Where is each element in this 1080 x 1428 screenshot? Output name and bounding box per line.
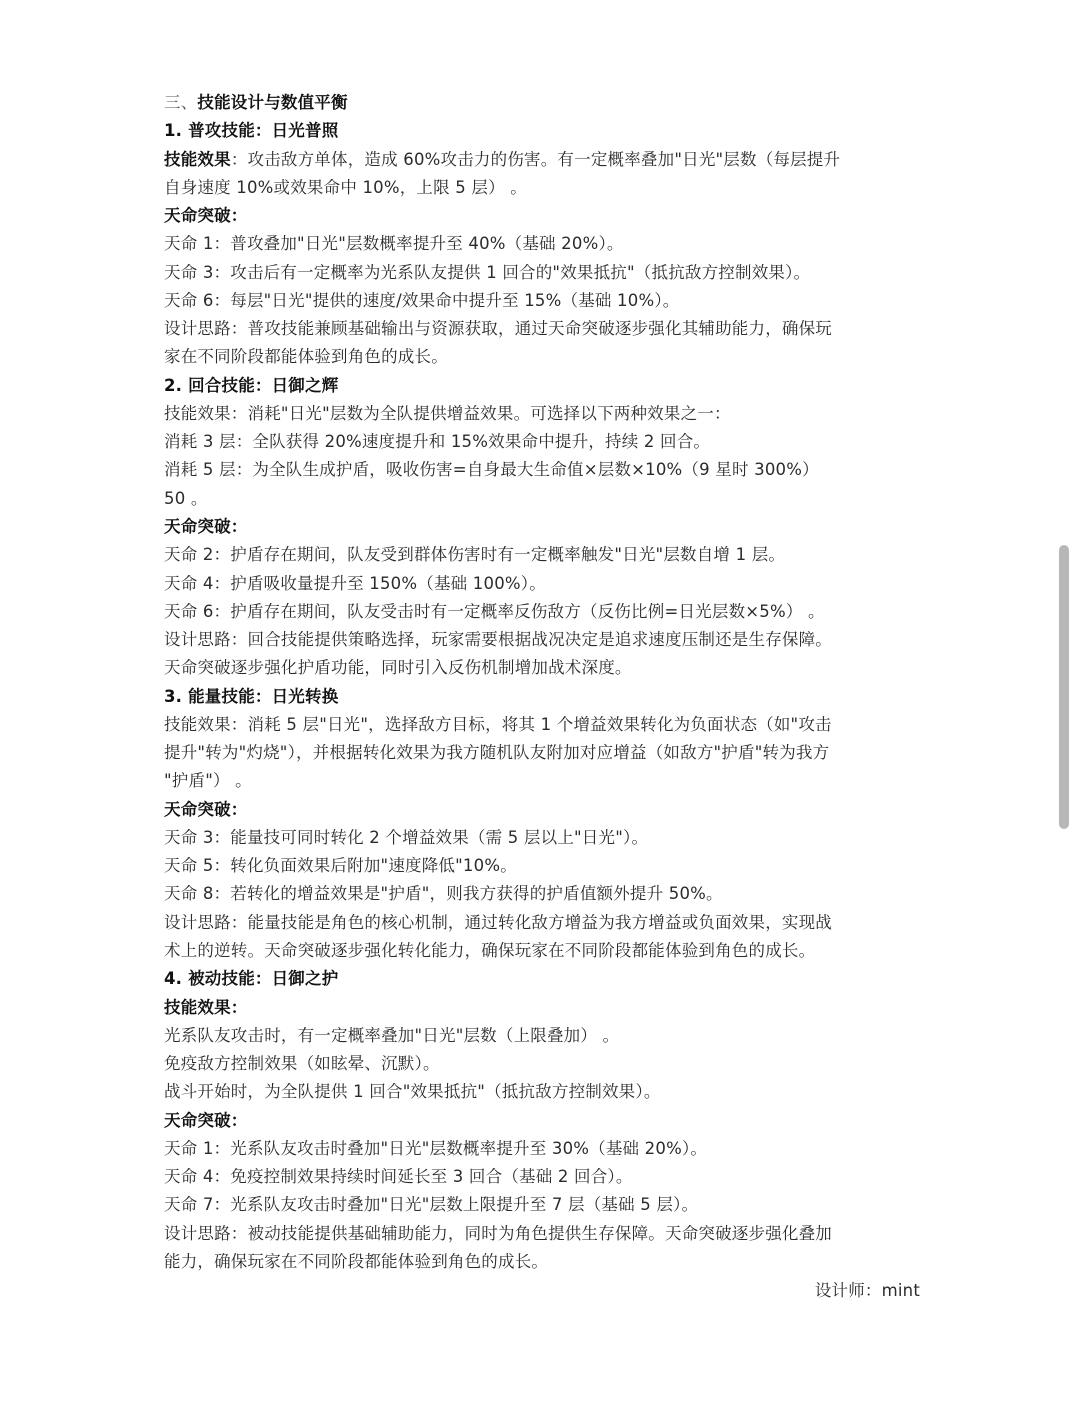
breakthrough-item: 天命 4：免疫控制效果持续时间延长至 3 回合（基础 2 回合）。 — [164, 1163, 920, 1191]
breakthrough-label: 天命突破： — [164, 1107, 920, 1135]
breakthrough-item: 天命 1：普攻叠加"日光"层数概率提升至 40%（基础 20%）。 — [164, 230, 920, 258]
designer-signature: 设计师：mint — [164, 1277, 920, 1305]
skill-heading: 3. 能量技能：日光转换 — [164, 683, 920, 711]
effect-label: 技能效果 — [164, 150, 231, 169]
section-title-text: 技能设计与数值平衡 — [197, 93, 347, 112]
document-page: 三、技能设计与数值平衡 1. 普攻技能：日光普照 技能效果：攻击敌方单体，造成 … — [164, 89, 920, 1305]
breakthrough-item: 天命 5：转化负面效果后附加"速度降低"10%。 — [164, 852, 920, 880]
design-note: 能力，确保玩家在不同阶段都能体验到角色的成长。 — [164, 1248, 920, 1276]
skill-2: 2. 回合技能：日御之辉 技能效果：消耗"日光"层数为全队提供增益效果。可选择以… — [164, 372, 920, 683]
skill-effect-line: 技能效果：消耗 5 层"日光"，选择敌方目标，将其 1 个增益效果转化为负面状态… — [164, 711, 920, 739]
skill-effect-line: "护盾"） 。 — [164, 767, 920, 795]
breakthrough-item: 天命 3：能量技可同时转化 2 个增益效果（需 5 层以上"日光"）。 — [164, 824, 920, 852]
skill-effect-line: 50 。 — [164, 485, 920, 513]
breakthrough-item: 天命 3：攻击后有一定概率为光系队友提供 1 回合的"效果抵抗"（抵抗敌方控制效… — [164, 259, 920, 287]
section-title: 三、技能设计与数值平衡 — [164, 89, 920, 117]
design-note: 设计思路：被动技能提供基础辅助能力，同时为角色提供生存保障。天命突破逐步强化叠加 — [164, 1220, 920, 1248]
vertical-scrollbar-thumb[interactable] — [1059, 545, 1069, 829]
breakthrough-item: 天命 6：每层"日光"提供的速度/效果命中提升至 15%（基础 10%）。 — [164, 287, 920, 315]
skill-heading: 4. 被动技能：日御之护 — [164, 965, 920, 993]
breakthrough-item: 天命 8：若转化的增益效果是"护盾"，则我方获得的护盾值额外提升 50%。 — [164, 880, 920, 908]
design-note: 天命突破逐步强化护盾功能，同时引入反伤机制增加战术深度。 — [164, 654, 920, 682]
breakthrough-label: 天命突破： — [164, 202, 920, 230]
skill-heading: 2. 回合技能：日御之辉 — [164, 372, 920, 400]
skill-3: 3. 能量技能：日光转换 技能效果：消耗 5 层"日光"，选择敌方目标，将其 1… — [164, 683, 920, 966]
breakthrough-item: 天命 7：光系队友攻击时叠加"日光"层数上限提升至 7 层（基础 5 层）。 — [164, 1191, 920, 1219]
design-note: 设计思路：能量技能是角色的核心机制，通过转化敌方增益为我方增益或负面效果，实现战 — [164, 909, 920, 937]
effect-label: 技能效果： — [164, 994, 920, 1022]
design-note: 术上的逆转。天命突破逐步强化转化能力，确保玩家在不同阶段都能体验到角色的成长。 — [164, 937, 920, 965]
skill-heading: 1. 普攻技能：日光普照 — [164, 117, 920, 145]
breakthrough-label: 天命突破： — [164, 796, 920, 824]
breakthrough-item: 天命 6：护盾存在期间，队友受击时有一定概率反伤敌方（反伤比例=日光层数×5%）… — [164, 598, 920, 626]
skill-effect-line: 自身速度 10%或效果命中 10%，上限 5 层） 。 — [164, 174, 920, 202]
breakthrough-item: 天命 2：护盾存在期间，队友受到群体伤害时有一定概率触发"日光"层数自增 1 层… — [164, 541, 920, 569]
design-note: 设计思路：普攻技能兼顾基础输出与资源获取，通过天命突破逐步强化其辅助能力，确保玩 — [164, 315, 920, 343]
breakthrough-item: 天命 1：光系队友攻击时叠加"日光"层数概率提升至 30%（基础 20%）。 — [164, 1135, 920, 1163]
skill-effect-line: 消耗 5 层：为全队生成护盾，吸收伤害=自身最大生命值×层数×10%（9 星时 … — [164, 456, 920, 484]
design-note: 家在不同阶段都能体验到角色的成长。 — [164, 343, 920, 371]
skill-4: 4. 被动技能：日御之护 技能效果： 光系队友攻击时，有一定概率叠加"日光"层数… — [164, 965, 920, 1276]
section-prefix: 三、 — [164, 93, 197, 112]
skill-1: 1. 普攻技能：日光普照 技能效果：攻击敌方单体，造成 60%攻击力的伤害。有一… — [164, 117, 920, 371]
breakthrough-label: 天命突破： — [164, 513, 920, 541]
skill-effect-line: 消耗 3 层：全队获得 20%速度提升和 15%效果命中提升，持续 2 回合。 — [164, 428, 920, 456]
breakthrough-item: 天命 4：护盾吸收量提升至 150%（基础 100%）。 — [164, 570, 920, 598]
skill-effect-line: 战斗开始时，为全队提供 1 回合"效果抵抗"（抵抗敌方控制效果）。 — [164, 1078, 920, 1106]
skill-effect-line: 技能效果：攻击敌方单体，造成 60%攻击力的伤害。有一定概率叠加"日光"层数（每… — [164, 146, 920, 174]
skill-effect-line: 光系队友攻击时，有一定概率叠加"日光"层数（上限叠加） 。 — [164, 1022, 920, 1050]
skill-effect-line: 免疫敌方控制效果（如眩晕、沉默）。 — [164, 1050, 920, 1078]
skill-effect-line: 技能效果：消耗"日光"层数为全队提供增益效果。可选择以下两种效果之一： — [164, 400, 920, 428]
design-note: 设计思路：回合技能提供策略选择，玩家需要根据战况决定是追求速度压制还是生存保障。 — [164, 626, 920, 654]
skill-effect-line: 提升"转为"灼烧"），并根据转化效果为我方随机队友附加对应增益（如敌方"护盾"转… — [164, 739, 920, 767]
